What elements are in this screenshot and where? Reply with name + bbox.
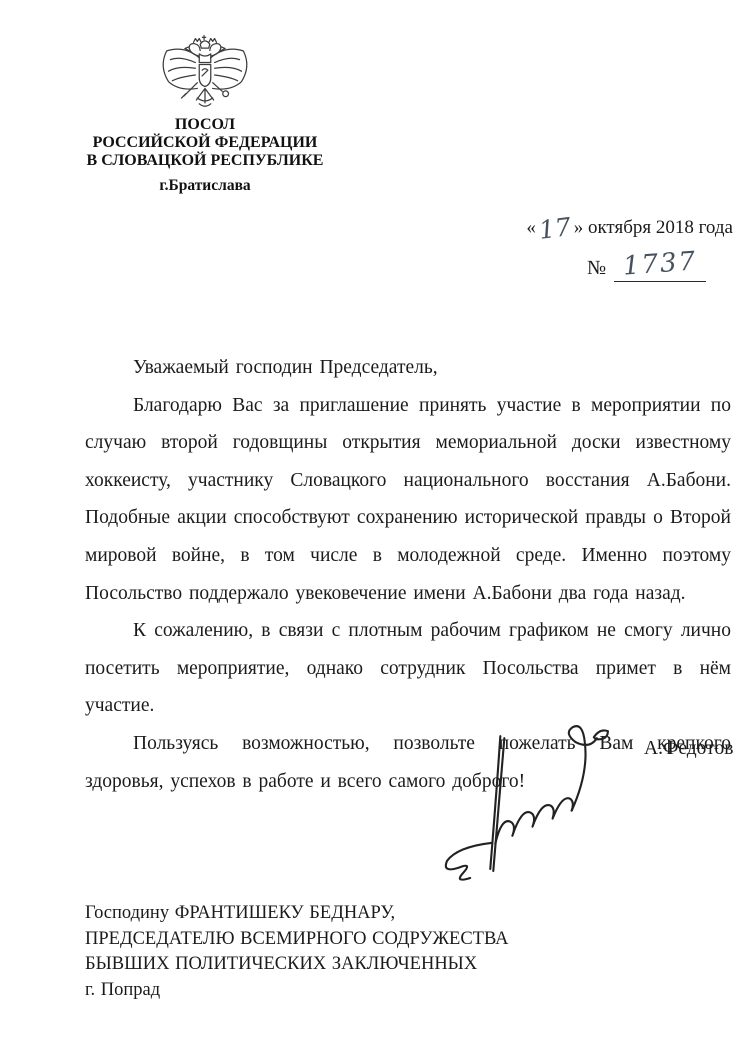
letterhead-city: г.Братислава: [55, 177, 355, 195]
date-close-quote: »: [574, 217, 584, 238]
letterhead-line2: РОССИЙСКОЙ ФЕДЕРАЦИИ: [55, 134, 355, 152]
handwritten-number: 1737: [622, 248, 698, 279]
number-underline: 1737: [614, 253, 706, 282]
reference-number-line: №1737: [587, 253, 706, 282]
recipient-block: Господину ФРАНТИШЕКУ БЕДНАРУ, ПРЕДСЕДАТЕ…: [85, 901, 509, 1003]
date-month-year: октября 2018 года: [588, 217, 733, 238]
paragraph-1: Благодарю Вас за приглашение принять уча…: [85, 387, 731, 613]
date-open-quote: «: [526, 217, 536, 238]
recipient-line-2: ПРЕДСЕДАТЕЛЮ ВСЕМИРНОГО СОДРУЖЕСТВА: [85, 927, 509, 953]
recipient-line-3: БЫВШИХ ПОЛИТИЧЕСКИХ ЗАКЛЮЧЕННЫХ: [85, 952, 509, 978]
letterhead-title: ПОСОЛ: [55, 116, 355, 134]
number-sign: №: [587, 257, 606, 279]
handwritten-day: 17: [537, 214, 572, 243]
letterhead-line3: В СЛОВАЦКОЙ РЕСПУБЛИКЕ: [55, 152, 355, 170]
paragraph-3: Пользуясь возможностью, позвольте пожела…: [85, 725, 731, 800]
date-line: «17» октября 2018 года: [526, 216, 733, 241]
recipient-city: г. Попрад: [85, 978, 509, 1004]
letterhead: ПОСОЛ РОССИЙСКОЙ ФЕДЕРАЦИИ В СЛОВАЦКОЙ Р…: [55, 116, 355, 195]
letter-body: Уважаемый господин Председатель, Благода…: [85, 349, 731, 800]
russian-coat-of-arms-icon: [157, 33, 253, 117]
salutation: Уважаемый господин Председатель,: [85, 349, 731, 387]
paragraph-2: К сожалению, в связи с плотным рабочим г…: [85, 612, 731, 725]
recipient-line-1: Господину ФРАНТИШЕКУ БЕДНАРУ,: [85, 901, 509, 927]
handwritten-signature-scrawl: [438, 700, 630, 886]
letter-page: ПОСОЛ РОССИЙСКОЙ ФЕДЕРАЦИИ В СЛОВАЦКОЙ Р…: [0, 0, 750, 1037]
signature-name: А.Федотов: [644, 738, 733, 760]
